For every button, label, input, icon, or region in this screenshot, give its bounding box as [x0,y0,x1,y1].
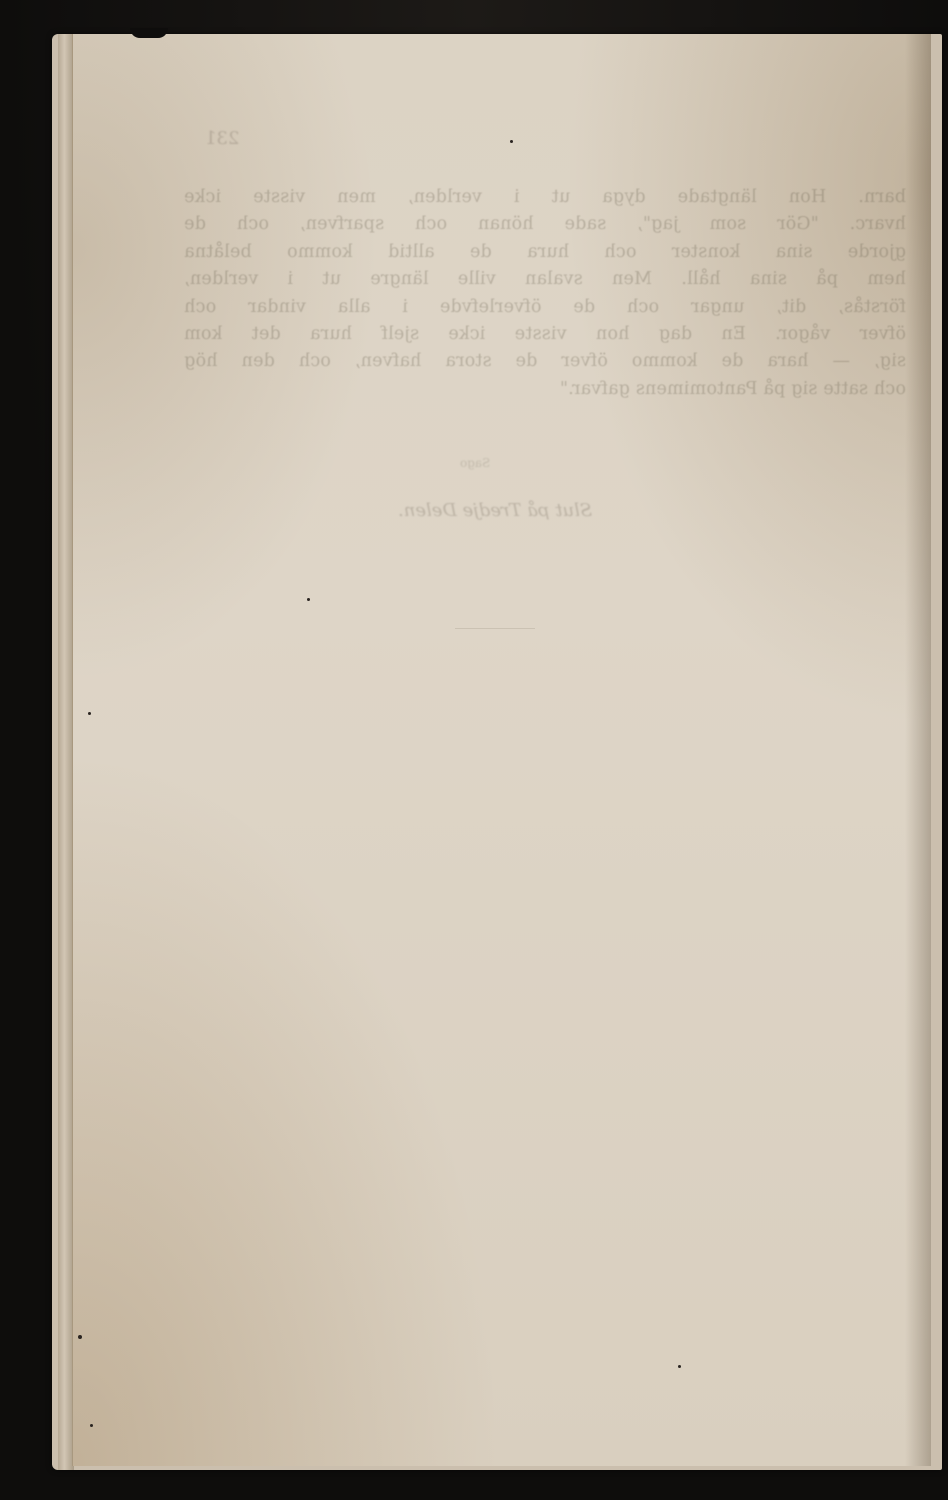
bleed-line: och satte sig på Pantomimens gafvar." [184,376,906,403]
bleed-line: barn. Hon längtade dyga ut i verlden, me… [184,184,906,211]
ornament-rule [455,628,535,629]
bleed-line: förstås, dit, ungar och de öfverlefvde i… [184,294,906,321]
paper-speck [307,598,310,601]
bleed-line: gjorde sina konster och hura de alltid k… [184,239,906,266]
paper-speck [78,1335,82,1339]
bleed-through-paragraph: barn. Hon längtade dyga ut i verlden, me… [184,184,906,403]
bleed-line: sig, — hara de kommo öfver de stora hafv… [184,348,906,375]
end-title-bleed: Slut på Tredje Delen. [398,500,592,521]
paper-speck [510,140,513,143]
paper-speck [678,1365,681,1368]
signature-mark-bleed: Sago [460,456,490,470]
paper-speck [90,1424,93,1427]
bleed-line: hem på sina håll. Men svalan ville längr… [184,266,906,293]
page-number-bleed: 231 [205,128,239,149]
page-top-tear [130,28,168,38]
bleed-line: hvarc. "Gör som jag", sade hönan och spa… [184,211,906,238]
paper-speck [88,712,91,715]
bleed-line: öfver vågor. En dag hon visste icke sjel… [184,321,906,348]
